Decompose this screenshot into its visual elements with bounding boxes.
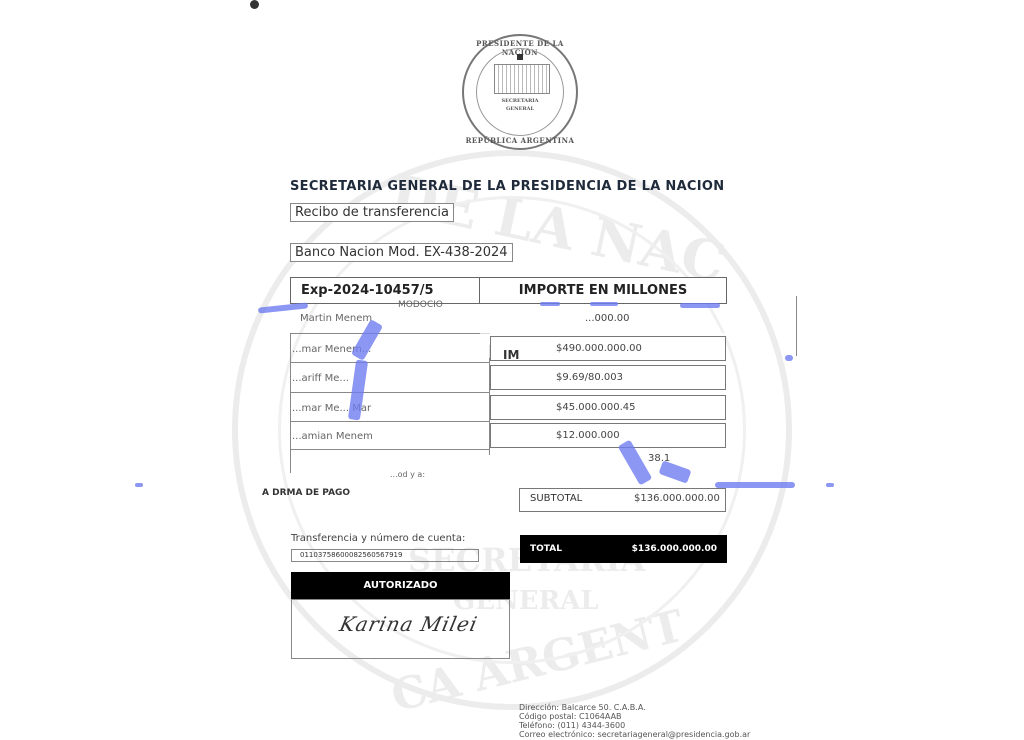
document-title: SECRETARIA GENERAL DE LA PRESIDENCIA DE … <box>290 179 724 194</box>
authorized-header: AUTORIZADO <box>291 572 510 599</box>
table-row-amount: $45.000.000.45 <box>556 402 636 413</box>
divider <box>290 333 291 473</box>
row-fragment: ...od y a: <box>390 470 425 479</box>
stray-dot <box>250 0 259 9</box>
government-seal: PRESIDENTE DE LA NACIÓN SECRETARIA GENER… <box>462 34 578 150</box>
divider <box>796 296 797 356</box>
table-row-name: Martin Menem <box>300 313 372 324</box>
divider <box>290 449 490 450</box>
side-fragment: MODOCIO <box>398 300 443 310</box>
subtotal-value: $136.000.000.00 <box>634 493 720 504</box>
amount-header-label: IMPORTE EN MILLONES <box>519 283 687 298</box>
divider <box>290 392 490 393</box>
divider <box>290 421 490 422</box>
expedient-header: Exp-2024-10457/5 <box>290 277 480 304</box>
footer-email: Correo electrónico: secretariageneral@pr… <box>519 730 750 739</box>
im-fragment: IM <box>503 348 519 362</box>
table-row-amount: $12.000.000 <box>556 430 620 441</box>
footer-phone: Teléfono: (011) 4344-3600 <box>519 721 750 730</box>
table-row-amount: $490.000.000.00 <box>556 343 642 354</box>
expedient-number: Exp-2024-10457/5 <box>301 283 434 298</box>
ink-smear <box>785 355 793 361</box>
footer-address: Dirección: Balcarce 50. C.A.B.A. <box>519 703 750 712</box>
ink-smear <box>540 302 560 306</box>
subtotal-label: SUBTOTAL <box>530 493 582 504</box>
table-row-amount: $9.69/80.003 <box>556 372 623 383</box>
ink-smear <box>715 482 795 488</box>
total-box: TOTAL $136.000.000.00 <box>520 535 727 563</box>
ink-smear <box>680 303 720 308</box>
amount-header: IMPORTE EN MILLONES <box>479 277 727 304</box>
ink-smear <box>826 483 834 487</box>
ink-smear <box>135 483 143 487</box>
table-row-amount: ...000.00 <box>585 313 630 324</box>
divider <box>290 333 490 334</box>
authorized-label: AUTORIZADO <box>363 580 437 591</box>
signature: Karina Milei <box>337 612 480 636</box>
divider <box>290 362 490 363</box>
receipt-type-box: Recibo de transferencia <box>290 203 454 222</box>
payment-method-label: A DRMA DE PAGO <box>262 488 350 498</box>
bank-reference-box: Banco Nacion Mod. EX-438-2024 <box>290 243 513 262</box>
flag-icon <box>517 54 523 60</box>
casa-rosada-icon <box>494 64 550 94</box>
total-value: $136.000.000.00 <box>632 544 717 554</box>
table-row-name: ...amian Menem <box>292 431 373 442</box>
footer-contact: Dirección: Balcarce 50. C.A.B.A. Código … <box>519 703 750 739</box>
seal-center-line1: SECRETARIA <box>464 98 576 104</box>
ink-smear <box>590 302 618 306</box>
account-number-field: 01103758600082560567919 <box>291 549 479 562</box>
total-label: TOTAL <box>530 544 562 554</box>
footer-postal-code: Código postal: C1064AAB <box>519 712 750 721</box>
table-row-name: ...ariff Me... <box>292 373 349 384</box>
seal-center-line2: GENERAL <box>464 106 576 112</box>
seal-bottom-text: REPÚBLICA ARGENTINA <box>464 136 576 145</box>
account-label: Transferencia y número de cuenta: <box>291 533 465 544</box>
